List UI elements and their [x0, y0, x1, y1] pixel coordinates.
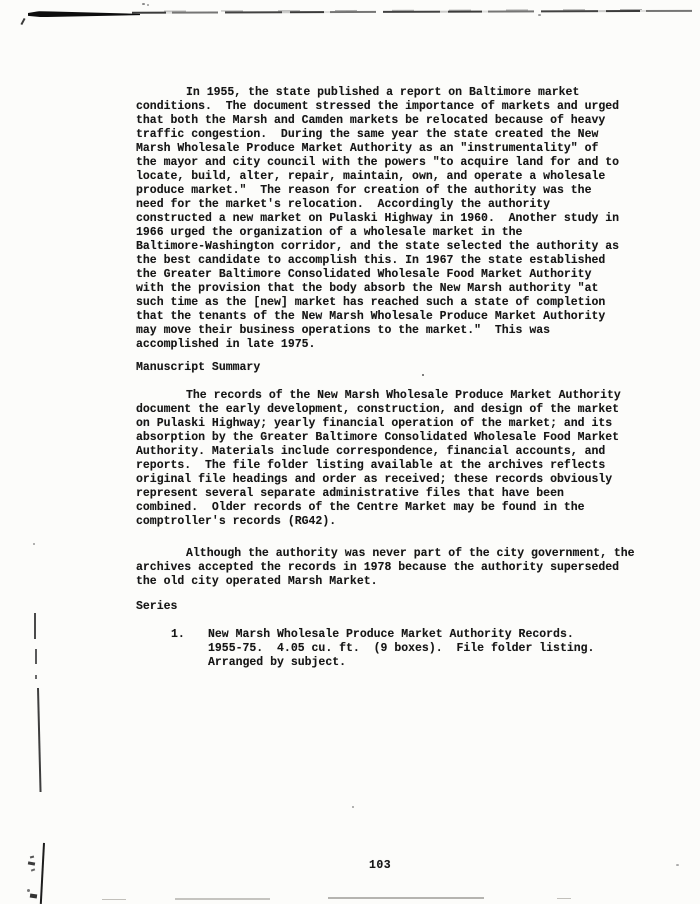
scan-artifact-top-line: [24, 6, 696, 18]
scan-speck: [33, 543, 35, 545]
scan-speck: [20, 18, 25, 25]
scan-speck: [676, 864, 679, 866]
intro-paragraph: In 1955, the state published a report on…: [136, 86, 619, 352]
series-item-text: New Marsh Wholesale Produce Market Autho…: [208, 628, 594, 670]
scan-mark: [27, 889, 30, 892]
scan-mark: [30, 856, 34, 859]
series-item-number: 1.: [171, 628, 185, 642]
scan-mark: [30, 894, 37, 899]
scan-speck: [142, 3, 145, 5]
scan-artifact-left-line: [37, 688, 41, 792]
scan-artifact-left-dash: [35, 649, 37, 664]
scan-artifact-bottom-line: [175, 898, 270, 900]
manuscript-summary-heading: Manuscript Summary: [136, 361, 260, 375]
scan-mark: [31, 868, 35, 871]
scan-speck: [538, 14, 541, 16]
archives-note-paragraph: Although the authority was never part of…: [136, 547, 635, 589]
scan-speck: [352, 806, 354, 808]
scan-artifact-left-dot: [35, 675, 37, 679]
scan-artifact-left-dash: [34, 613, 36, 639]
scan-speck: [147, 4, 149, 6]
scanned-document-page: In 1955, the state published a report on…: [0, 0, 700, 904]
page-number: 103: [369, 859, 391, 873]
scan-artifact-bottom-line: [557, 898, 571, 899]
scan-artifact-bottom-line: [328, 897, 484, 899]
scan-artifact-bottom-line: [102, 899, 126, 900]
scan-speck: [422, 374, 424, 376]
scan-artifact-top-blob: [28, 11, 140, 17]
manuscript-summary-paragraph: The records of the New Marsh Wholesale P…: [136, 389, 621, 529]
scan-artifact-left-line-bottom: [40, 843, 46, 904]
series-heading: Series: [136, 600, 177, 614]
scan-mark: [28, 861, 35, 865]
